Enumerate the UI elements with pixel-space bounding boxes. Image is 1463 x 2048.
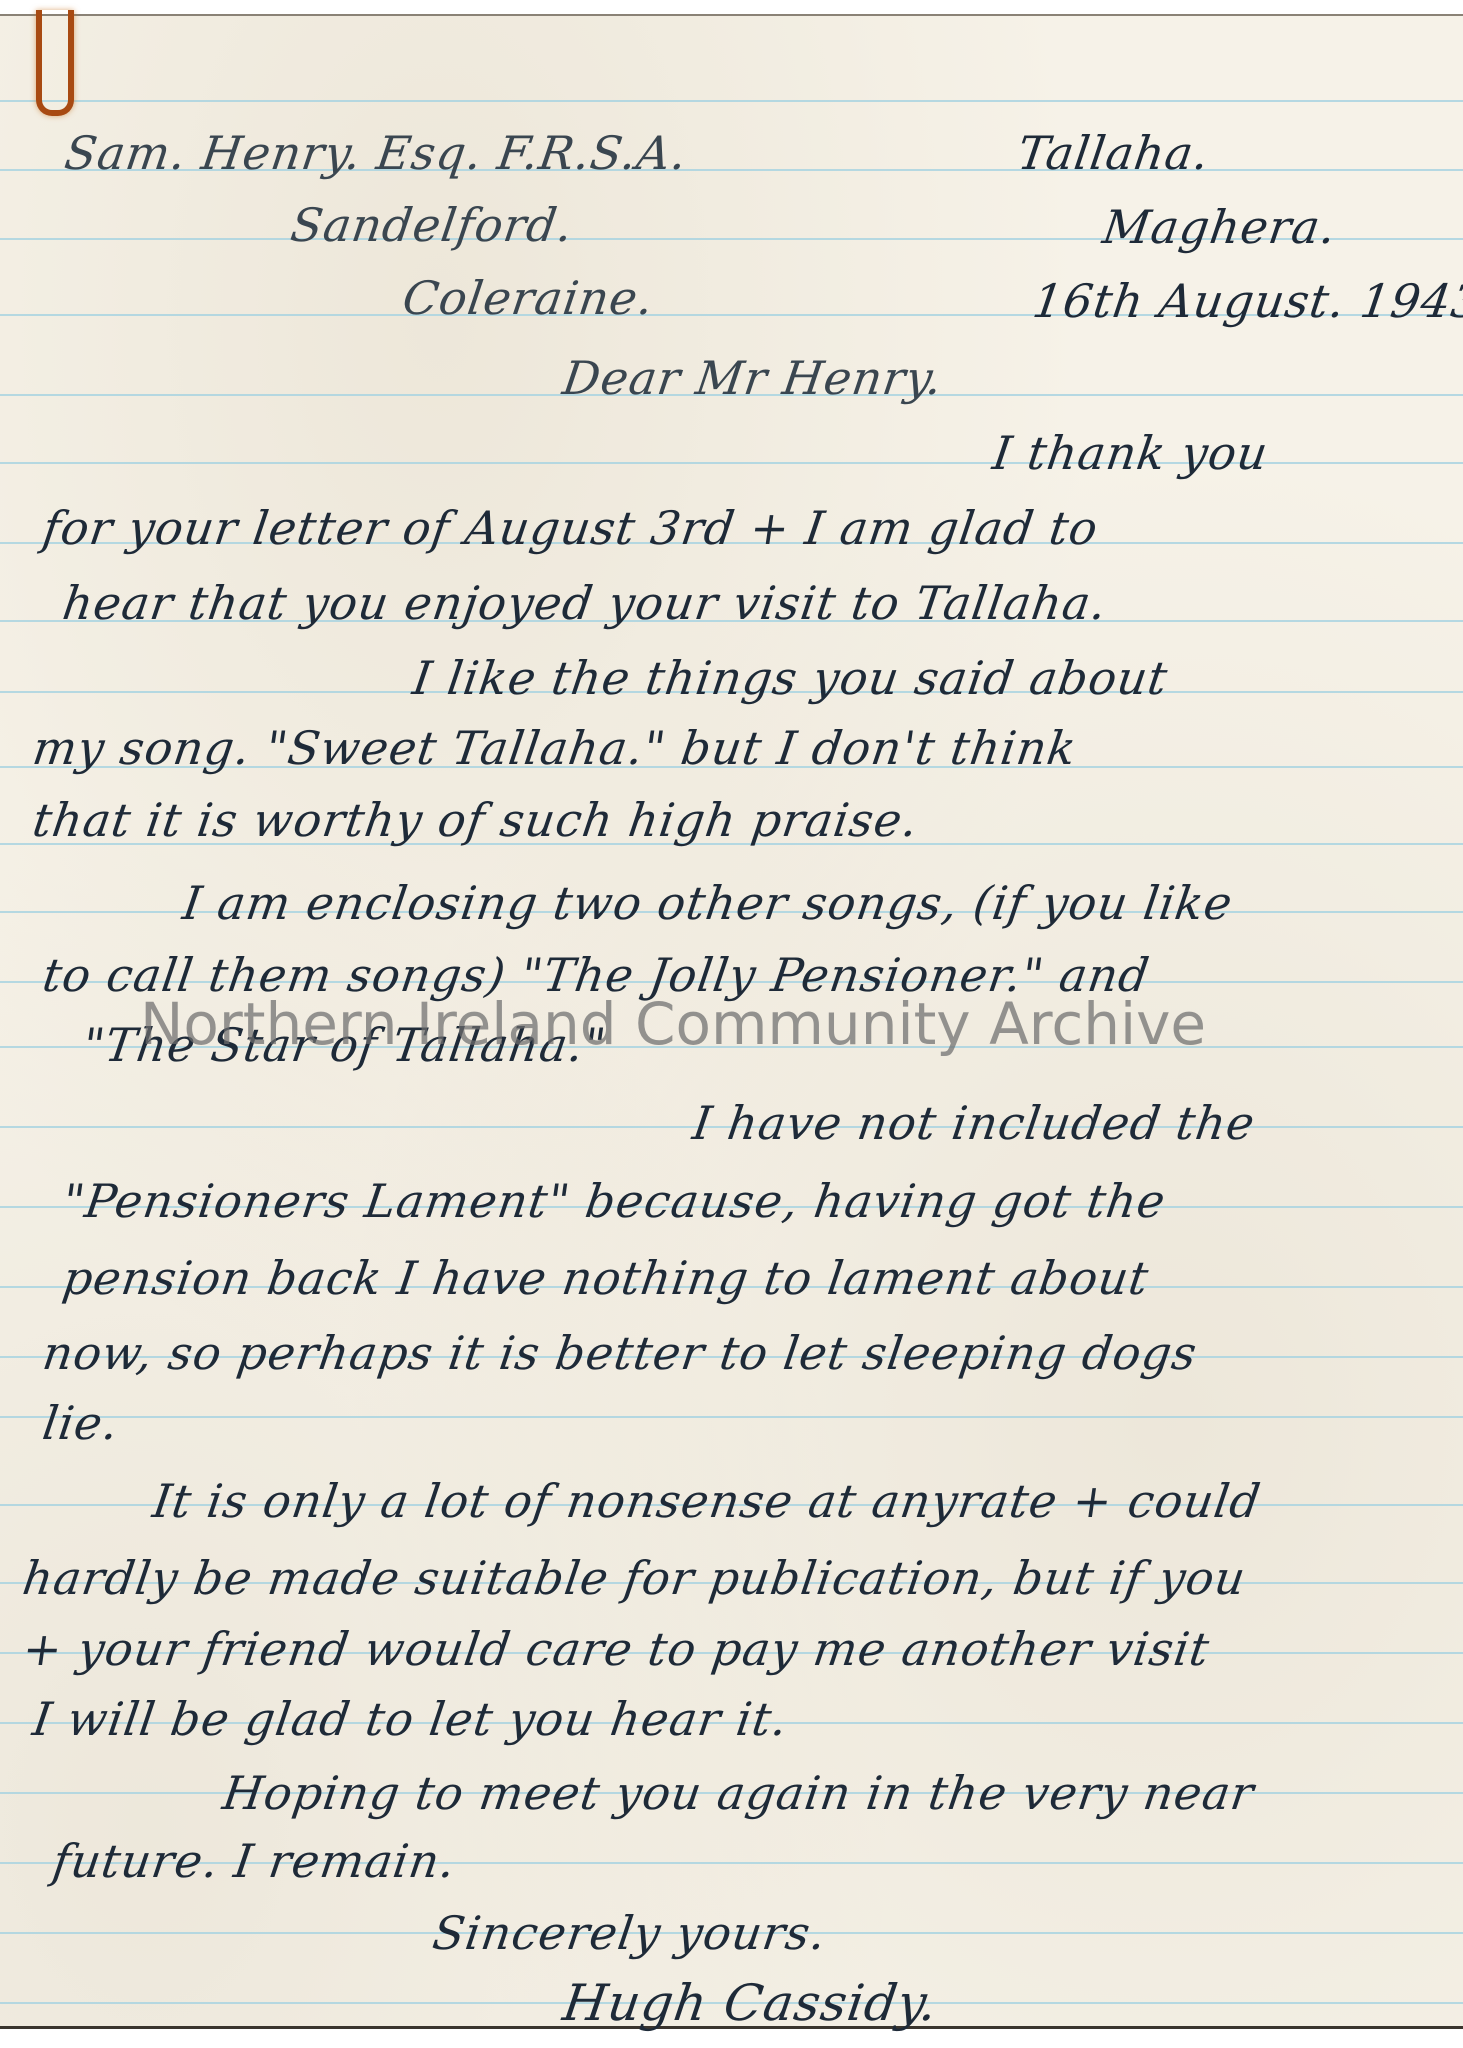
body-line: pension back I have nothing to lament ab…: [60, 1255, 1152, 1301]
body-line: lie.: [40, 1400, 122, 1446]
body-line: I have not included the: [690, 1100, 1258, 1146]
body-line: hear that you enjoyed your visit to Tall…: [60, 580, 1110, 626]
recipient-name: Sam. Henry. Esq. F.R.S.A.: [62, 130, 690, 176]
closing: Sincerely yours.: [430, 1910, 829, 1956]
archive-watermark: Northern Ireland Community Archive: [140, 990, 1206, 1058]
ruled-line: [0, 1416, 1463, 1418]
body-line: future. I remain.: [50, 1838, 459, 1884]
body-line: I like the things you said about: [410, 655, 1171, 701]
body-line: I am enclosing two other songs, (if you …: [180, 880, 1236, 926]
body-line: It is only a lot of nonsense at anyrate …: [150, 1478, 1264, 1524]
letter-date: 16th August. 1943.: [1030, 278, 1463, 324]
body-line: Hoping to meet you again in the very nea…: [220, 1770, 1257, 1816]
body-line: I thank you: [990, 430, 1271, 476]
body-line: that it is worthy of such high praise.: [30, 797, 921, 843]
body-line: for your letter of August 3rd + I am gla…: [40, 505, 1101, 551]
paperclip-rust-stain-icon: [36, 10, 74, 116]
body-line: "Pensioners Lament" because, having got …: [60, 1178, 1169, 1224]
sender-town: Maghera.: [1100, 204, 1339, 250]
body-line: now, so perhaps it is better to let slee…: [40, 1330, 1200, 1376]
sender-townland: Tallaha.: [1015, 130, 1213, 176]
body-line: my song. "Sweet Tallaha." but I don't th…: [30, 725, 1080, 771]
body-line: I will be glad to let you hear it.: [30, 1696, 791, 1742]
body-line: + your friend would care to pay me anoth…: [20, 1626, 1213, 1672]
salutation: Dear Mr Henry.: [560, 355, 946, 401]
body-line: hardly be made suitable for publication,…: [20, 1555, 1249, 1601]
ruled-line: [0, 100, 1463, 102]
signature: Hugh Cassidy.: [560, 1978, 941, 2028]
recipient-town: Coleraine.: [400, 275, 657, 321]
recipient-street: Sandelford.: [288, 202, 576, 248]
